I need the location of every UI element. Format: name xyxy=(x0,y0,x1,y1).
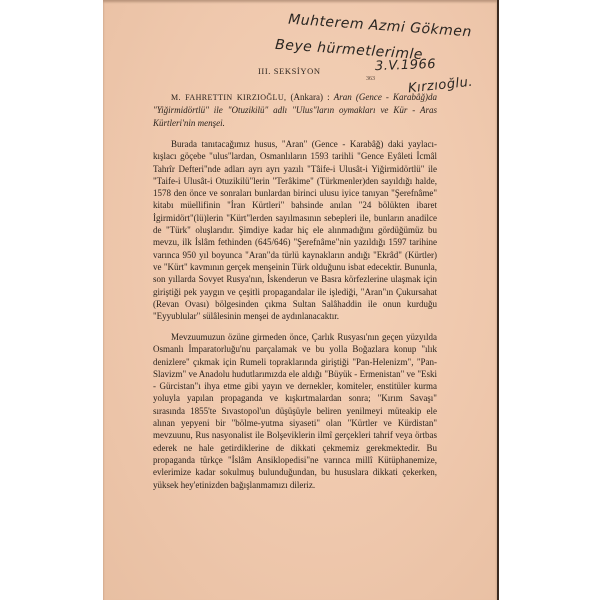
handwritten-date: 3.V.1966 xyxy=(375,57,437,74)
body-paragraph-2: Mevzuumuzun özüne girmeden önce, Çarlık … xyxy=(153,331,437,491)
paper-header: M. Fahrettin Kırzıoğlu, (Ankara) : Aran … xyxy=(153,91,437,129)
author-affiliation: (Ankara) : xyxy=(291,92,330,102)
page-number: 363 xyxy=(366,76,375,82)
paragraph-text: Mevzuumuzun özüne girmeden önce, Çarlık … xyxy=(153,331,437,491)
handwritten-dedication-line1: Muhterem Azmi Gökmen xyxy=(288,12,473,41)
section-title: III. SEKSİYON xyxy=(258,66,321,76)
body-paragraph-1: Burada tanıtacağımız husus, "Aran" (Genc… xyxy=(153,138,437,322)
paragraph-text: Burada tanıtacağımız husus, "Aran" (Genc… xyxy=(153,138,437,322)
document-page: Muhterem Azmi Gökmen Beye hürmetlerimle … xyxy=(103,0,499,600)
author-name: M. Fahrettin Kırzıoğlu, xyxy=(171,93,286,102)
